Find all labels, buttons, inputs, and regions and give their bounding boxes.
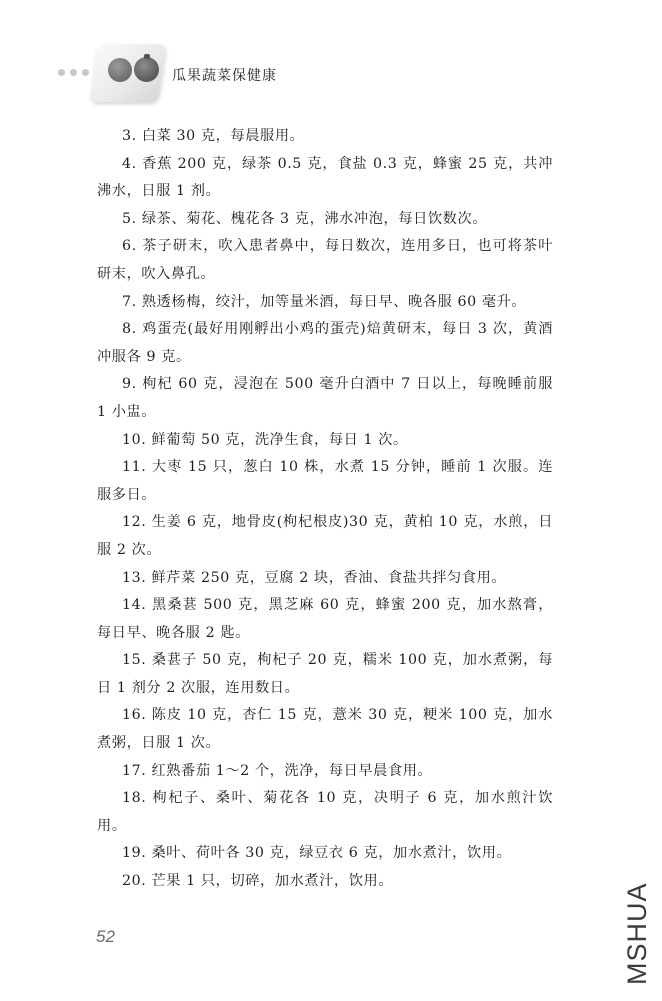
remedy-item: 11. 大枣 15 只，葱白 10 株，水煮 15 分钟，睡前 1 次服。连服多… bbox=[97, 454, 553, 509]
page-number: 52 bbox=[96, 927, 115, 947]
remedy-item: 20. 芒果 1 只，切碎，加水煮汁，饮用。 bbox=[97, 868, 553, 896]
remedy-item: 14. 黑桑葚 500 克，黑芝麻 60 克，蜂蜜 200 克，加水熬膏，每日早… bbox=[97, 592, 553, 647]
remedy-item: 15. 桑葚子 50 克，枸杞子 20 克，糯米 100 克，加水煮粥，每日 1… bbox=[97, 647, 553, 702]
remedy-item: 3. 白菜 30 克，每晨服用。 bbox=[97, 123, 553, 151]
tomato-stem-icon bbox=[144, 54, 150, 59]
dot-icon bbox=[82, 69, 89, 76]
remedy-item: 17. 红熟番茄 1～2 个，洗净，每日早晨食用。 bbox=[97, 758, 553, 786]
remedy-item: 8. 鸡蛋壳(最好用刚孵出小鸡的蛋壳)焙黄研末，每日 3 次，黄酒冲服各 9 克… bbox=[97, 316, 553, 371]
remedy-item: 6. 茶子研末，吹入患者鼻中，每日数次，连用多日，也可将茶叶研末，吹入鼻孔。 bbox=[97, 233, 553, 288]
remedy-item: 18. 枸杞子、桑叶、菊花各 10 克，决明子 6 克，加水煎汁饮用。 bbox=[97, 785, 553, 840]
dot-icon bbox=[70, 69, 77, 76]
remedy-item: 16. 陈皮 10 克，杏仁 15 克，薏米 30 克，粳米 100 克，加水煮… bbox=[97, 702, 553, 757]
dot-icon bbox=[58, 69, 65, 76]
remedy-item: 12. 生姜 6 克，地骨皮(枸杞根皮)30 克，黄柏 10 克，水煎，日服 2… bbox=[97, 509, 553, 564]
remedy-item: 10. 鲜葡萄 50 克，洗净生食，每日 1 次。 bbox=[97, 427, 553, 455]
remedy-item: 19. 桑叶、荷叶各 30 克，绿豆衣 6 克，加水煮汁，饮用。 bbox=[97, 840, 553, 868]
remedy-item: 13. 鲜芹菜 250 克，豆腐 2 块，香油、食盐共拌匀食用。 bbox=[97, 565, 553, 593]
running-header: 瓜果蔬菜保健康 bbox=[58, 42, 378, 104]
body-text: 3. 白菜 30 克，每晨服用。 4. 香蕉 200 克，绿茶 0.5 克，食盐… bbox=[97, 123, 553, 896]
watermark: MSHUA bbox=[622, 882, 653, 985]
remedy-item: 5. 绿茶、菊花、槐花各 3 克，沸水冲泡，每日饮数次。 bbox=[97, 206, 553, 234]
remedy-item: 4. 香蕉 200 克，绿茶 0.5 克，食盐 0.3 克，蜂蜜 25 克，共冲… bbox=[97, 151, 553, 206]
orange-icon bbox=[108, 58, 132, 82]
remedy-item: 9. 枸杞 60 克，浸泡在 500 毫升白酒中 7 日以上，每晚睡前服 1 小… bbox=[97, 371, 553, 426]
remedy-item: 7. 熟透杨梅，绞汁，加等量米酒，每日早、晚各服 60 毫升。 bbox=[97, 289, 553, 317]
decorative-dots bbox=[58, 69, 89, 76]
chapter-title: 瓜果蔬菜保健康 bbox=[172, 65, 277, 85]
tomato-icon bbox=[134, 57, 159, 82]
